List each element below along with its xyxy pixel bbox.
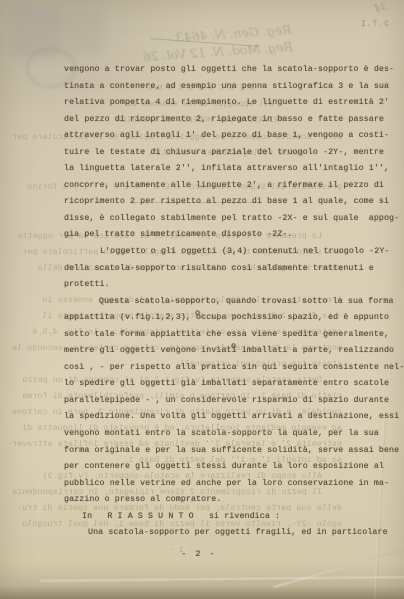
text-line: sotto tale forma appiattita che essa vie… xyxy=(64,327,396,344)
page-number: - 2 - xyxy=(0,549,398,559)
text-line: attraverso agli intagli 1' del pezzo di … xyxy=(64,128,396,145)
text-line: gazzino o presso al compratore. xyxy=(64,492,396,509)
text-line: mentre gli oggetti vengono inviati imbal… xyxy=(64,343,396,360)
text-line: ricoprimento 2 per rispetto al pezzo di … xyxy=(64,194,396,211)
text-line: In R I A S S U N T O si rivendica : xyxy=(64,509,396,526)
text-line: pubblico nelle vetrine ed anche per la l… xyxy=(64,476,396,493)
text-line: forma originale e per la sua sufficente … xyxy=(64,443,396,460)
text-line: del pezzo di ricoprimento 2, ripiegate i… xyxy=(64,112,396,129)
text-line: L'oggetto o gli oggetti (3,4) contenuti … xyxy=(64,244,396,261)
text-line: la linguetta laterale 2'', infilata attr… xyxy=(64,161,396,178)
text-line: gia pel tratto simmetricamente disposto … xyxy=(64,227,396,244)
text-line: disse, è collegato stabilmente pel tratt… xyxy=(64,211,396,228)
text-line: della scatola-sopporto risultano così sa… xyxy=(64,261,396,278)
text-line: per contenere gli oggetti stessi durante… xyxy=(64,459,396,476)
text-line: la spedizione. Una volta gli oggetti arr… xyxy=(64,409,396,426)
corner-mark: I.T.C xyxy=(361,20,390,29)
document-page: D E S C R I Z I O N Eall'appoggio della … xyxy=(0,0,404,599)
text-line: vengono a trovar posto gli oggetti che l… xyxy=(64,62,396,79)
text-line: protetti. xyxy=(64,277,396,294)
text-line: tuire le testate di chiusura parziale de… xyxy=(64,145,396,162)
text-line: così , - per rispetto alla pratica sin q… xyxy=(64,360,396,377)
text-line: Una scatola-sopporto per oggetti fragili… xyxy=(64,525,396,542)
overstrike-character: o xyxy=(195,308,200,318)
text-line: concorre, unitamente alle linguette 2', … xyxy=(64,178,396,195)
text-line: vengono montati entro la scatola-sopport… xyxy=(64,426,396,443)
text-line: lo spedire gli oggetti già imballati sep… xyxy=(64,376,396,393)
text-line: appiattita (v.fig.1,2,3), occupa pochiss… xyxy=(64,310,396,327)
text-line: Questa scatola-sopporto, quando trovasi … xyxy=(64,294,396,311)
text-line: relativa pompetta 4 di riempimento. Le l… xyxy=(64,95,396,112)
text-line: parallelepipede - , un considerevole ris… xyxy=(64,393,396,410)
typewritten-text: vengono a trovar posto gli oggetti che l… xyxy=(64,62,396,542)
overstrike-character: o xyxy=(231,341,236,351)
text-line: tinata a contenere, ad esempio una penna… xyxy=(64,79,396,96)
